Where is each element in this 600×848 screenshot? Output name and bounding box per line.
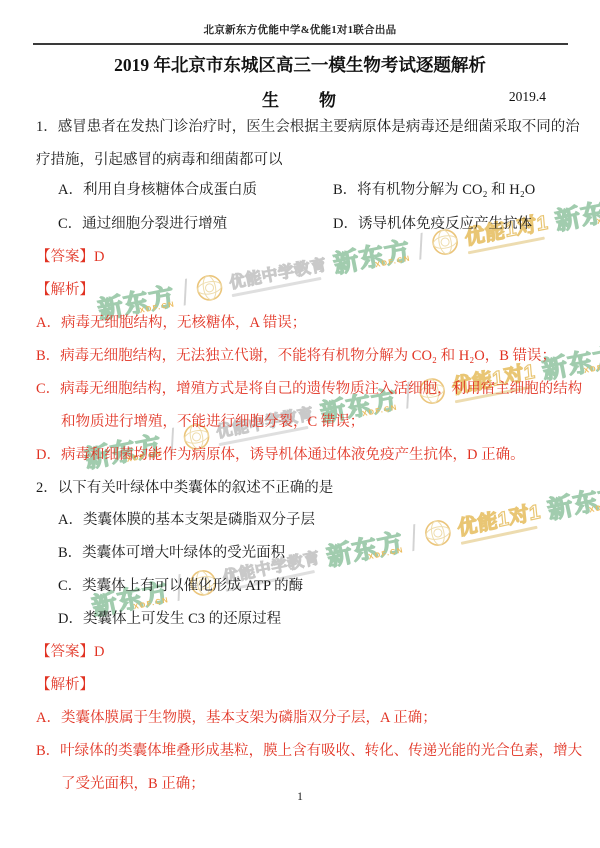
options-list: A．类囊体膜的基本支架是磷脂双分子层 B．类囊体可增大叶绿体的受光面积 C．类囊…	[36, 504, 592, 636]
question-number: 1．	[36, 119, 58, 135]
publisher-header: 北京新东方优能中学&优能1对1联合出品	[0, 22, 600, 37]
answer-line: 【答案】D	[36, 241, 592, 274]
option-item: B．类囊体可增大叶绿体的受光面积	[58, 537, 592, 570]
question-stem: 2．以下有关叶绿体中类囊体的叙述不正确的是	[36, 472, 592, 505]
option-item: B．将有机物分解为 CO₂ 和 H₂O	[333, 174, 592, 207]
analysis-line: D．病毒和细菌均能作为病原体，诱导机体通过体液免疫产生抗体，D 正确。	[36, 439, 592, 472]
page-number: 1	[0, 789, 600, 804]
option-item: A．类囊体膜的基本支架是磷脂双分子层	[58, 504, 592, 537]
exam-date: 2019.4	[509, 89, 546, 105]
question-stem: 1．感冒患者在发热门诊治疗时，医生会根据主要病原体是病毒还是细菌采取不同的治疗措…	[36, 111, 592, 177]
question-number: 2．	[36, 480, 58, 496]
header-divider	[33, 43, 568, 45]
document-title: 2019 年北京市东城区高三一模生物考试逐题解析	[0, 52, 600, 77]
option-item: A．利用自身核糖体合成蛋白质	[58, 174, 333, 207]
answer-value: D	[94, 644, 104, 660]
analysis-line: C．病毒无细胞结构，增殖方式是将自己的遗传物质注入活细胞，利用宿主细胞的结构和物…	[36, 373, 592, 439]
option-item: C．类囊体上有可以催化形成 ATP 的酶	[58, 570, 592, 603]
option-item: C．通过细胞分裂进行增殖	[58, 208, 333, 241]
option-item: D．诱导机体免疫反应产生抗体	[333, 208, 592, 241]
analysis-line: B．病毒无细胞结构，无法独立代谢，不能将有机物分解为 CO₂ 和 H₂O，B 错…	[36, 340, 592, 373]
analysis-label: 【解析】	[36, 274, 592, 307]
answer-line: 【答案】D	[36, 636, 592, 669]
analysis-label: 【解析】	[36, 669, 592, 702]
analysis-line: A．病毒无细胞结构，无核糖体，A 错误；	[36, 307, 592, 340]
answer-value: D	[94, 249, 104, 265]
options-grid: A．利用自身核糖体合成蛋白质 B．将有机物分解为 CO₂ 和 H₂O C．通过细…	[36, 174, 592, 241]
option-item: D．类囊体上可发生 C3 的还原过程	[58, 603, 592, 636]
document-body: 1．感冒患者在发热门诊治疗时，医生会根据主要病原体是病毒还是细菌采取不同的治疗措…	[36, 111, 592, 801]
analysis-line: A．类囊体膜属于生物膜，基本支架为磷脂双分子层，A 正确；	[36, 702, 592, 735]
exam-document-page: 新东方XDF.CN 优能中学教育 新东方XDF.CN 优能1对1 新东方XDF.…	[0, 0, 600, 848]
subject-row: 生 物 2019.4	[0, 86, 600, 112]
xdf-domain-text: XDF.CN	[596, 210, 600, 226]
